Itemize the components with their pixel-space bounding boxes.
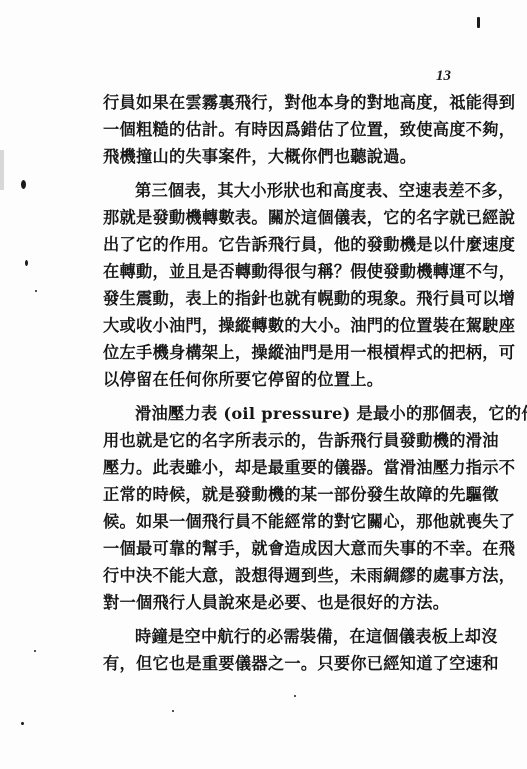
text-line: 出了它的作用。它告訴飛行員，他的發動機是以什麼速度 — [103, 234, 515, 256]
page-number: 13 — [436, 68, 451, 85]
scan-mark — [108, 608, 110, 610]
scan-mark — [21, 180, 26, 189]
text-line: 正常的時候，就是發動機的某一部份發生故障的先驅徵 — [103, 484, 499, 506]
scanned-book-page: 13 行員如果在雲霧裏飛行，對他本身的對地高度，祗能得到 一個粗糙的估計。有時因… — [0, 0, 527, 769]
scan-mark — [34, 650, 36, 652]
text-line: 對一個飛行人員說來是必要、也是很好的方法。 — [103, 592, 449, 614]
text-line: 有，但它也是重要儀器之一。只要你已經知道了空速和 — [103, 653, 499, 675]
paragraph-start-line: 第三個表，其大小形狀也和高度表、空速表差不多， — [135, 180, 514, 202]
scan-mark — [25, 260, 28, 266]
text-line: 壓力。此表雖小，却是最重要的儀器。當滑油壓力指示不 — [103, 457, 515, 479]
text-line: 行員如果在雲霧裏飛行，對他本身的對地高度，祗能得到 — [103, 92, 515, 114]
text-line: 用也就是它的名字所表示的，告訴飛行員發動機的滑油 — [103, 430, 499, 452]
scan-mark — [172, 710, 174, 712]
text-line: 飛機撞山的失事案件，大概你們也聽說過。 — [103, 146, 416, 168]
text-line: 位左手機身構架上，操縱油門是用一根槓桿式的把柄，可 — [103, 342, 515, 364]
text-line: 大或收小油門，操縱轉數的大小。油門的位置裝在駕駛座 — [103, 315, 515, 337]
scan-mark — [35, 290, 37, 292]
text-line: 一個最可靠的幫手，就會造成因大意而失事的不幸。在飛 — [103, 538, 515, 560]
scan-mark — [294, 695, 296, 697]
text-line: 發生震動，表上的指針也就有幌動的現象。飛行員可以增 — [103, 288, 515, 310]
paragraph-start-line: 時鐘是空中航行的必需裝備，在這個儀表板上却沒 — [135, 626, 498, 648]
text-line: 候。如果一個飛行員不能經常的對它關心，那他就喪失了 — [103, 511, 515, 533]
text-line: 以停留在任何你所要它停留的位置上。 — [103, 369, 383, 391]
paragraph-start-line: 滑油壓力表 (oil pressure) 是最小的那個表，它的作 — [135, 403, 527, 425]
text-line: 一個粗糙的估計。有時因爲錯估了位置，致使高度不夠， — [103, 119, 515, 141]
text-line: 行中決不能大意，設想得週到些，未雨綢繆的處事方法， — [103, 565, 515, 587]
scan-edge-shadow — [0, 150, 4, 190]
text-line: 在轉動，並且是否轉動得很勻稱？假使發動機轉運不勻， — [103, 261, 515, 283]
scan-mark — [477, 17, 480, 28]
scan-mark — [21, 722, 24, 725]
text-line: 那就是發動機轉數表。關於這個儀表，它的名字就已經說 — [103, 207, 515, 229]
